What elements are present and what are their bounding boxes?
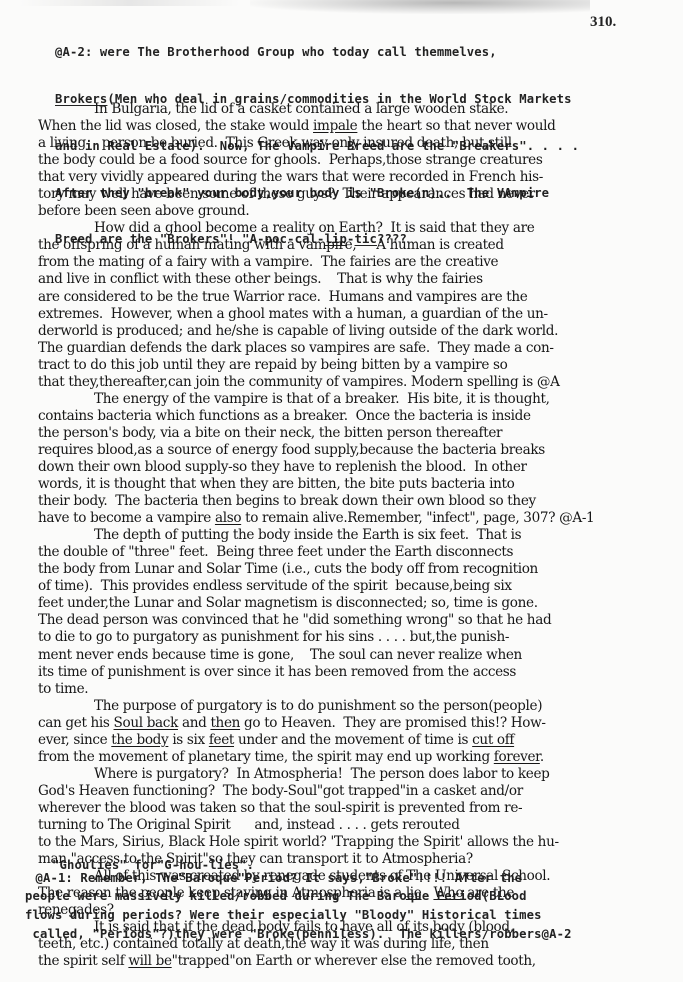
text-segment: turning to The Original Spirit and, inst…	[38, 817, 460, 833]
text-line: and live in conflict with these other be…	[38, 271, 594, 288]
paragraph: The energy of the vampire is that of a b…	[38, 391, 594, 527]
paragraph: Where is purgatory? In Atmospheria! The …	[38, 766, 594, 868]
underlined-text: forever	[494, 749, 540, 765]
text-line: requires blood,as a source of energy foo…	[38, 442, 594, 459]
text-line: The guardian defends the dark places so …	[38, 340, 594, 357]
text-line: before been seen above ground.	[38, 203, 594, 220]
text-segment: from the mating of a fairy with a vampir…	[38, 254, 498, 270]
paragraph: The purpose of purgatory is to do punish…	[38, 698, 594, 766]
scan-smudge	[250, 0, 590, 14]
text-line: In Bulgaria, the lid of a casket contain…	[38, 101, 594, 118]
text-segment: requires blood,as a source of energy foo…	[38, 442, 545, 458]
text-line: their body. The bacteria then begins to …	[38, 493, 594, 510]
text-line: the spirit self will be"trapped"on Earth…	[38, 953, 594, 970]
text-segment: the heart so that never would	[357, 118, 555, 134]
body-text: In Bulgaria, the lid of a casket contain…	[38, 101, 594, 970]
text-line: The purpose of purgatory is to do punish…	[38, 698, 594, 715]
text-segment: The guardian defends the dark places so …	[38, 340, 554, 356]
page-number: 310.	[590, 14, 616, 31]
text-line: to the Mars, Sirius, Black Hole spirit w…	[38, 834, 594, 851]
scan-artifact	[20, 0, 240, 6]
text-segment: their body. The bacteria then begins to …	[38, 493, 536, 509]
text-segment: of time). This provides endless servitud…	[38, 578, 512, 594]
text-segment: tory may well have been some of these gu…	[38, 186, 535, 202]
footnote-annotation: "Ghoulies" for"G-hou-lies". @A-1: Rememb…	[40, 859, 572, 944]
text-segment: and live in conflict with these other be…	[38, 271, 483, 287]
underlined-text: will be	[128, 953, 171, 969]
text-line: How did a ghool become a reality on Eart…	[38, 220, 594, 237]
text-line: tract to do this job until they are repa…	[38, 357, 594, 374]
text-segment: down their own blood supply-so they have…	[38, 459, 527, 475]
text-segment: How did a ghool become a reality on Eart…	[94, 220, 534, 236]
text-line: Where is purgatory? In Atmospheria! The …	[38, 766, 594, 783]
text-segment: that they,thereafter,can join the commun…	[38, 374, 560, 390]
text-segment: In Bulgaria, the lid of a casket contain…	[94, 101, 508, 117]
text-segment: are considered to be the true Warrior ra…	[38, 289, 527, 305]
text-segment: go to Heaven. They are promised this!? H…	[240, 715, 546, 731]
text-line: The dead person was convinced that he "d…	[38, 612, 594, 629]
text-line: a living person be buried. This Greek wa…	[38, 135, 594, 152]
text-line: from the mating of a fairy with a vampir…	[38, 254, 594, 271]
text-segment: the double of "three" feet. Being three …	[38, 544, 513, 560]
text-line: God's Heaven functioning? The body-Soul"…	[38, 783, 594, 800]
text-segment: a living person be buried. This Greek wa…	[38, 135, 512, 151]
text-line: its time of punishment is over since it …	[38, 664, 594, 681]
text-segment: extremes. However, when a ghool mates wi…	[38, 306, 548, 322]
text-segment: feet under,the Lunar and Solar magnetism…	[38, 595, 538, 611]
text-line: When the lid was closed, the stake would…	[38, 118, 594, 135]
paragraph: The depth of putting the body inside the…	[38, 527, 594, 697]
text-segment: wherever the blood was taken so that the…	[38, 800, 522, 816]
footnote-line: "Ghoulies" for"G-hou-lies".	[52, 859, 572, 871]
text-segment: "trapped"on Earth or wherever else the r…	[172, 953, 536, 969]
text-segment: words, it is thought that when they are …	[38, 476, 514, 492]
text-segment: derworld is produced; and he/she is capa…	[38, 323, 558, 339]
text-line: The depth of putting the body inside the…	[38, 527, 594, 544]
text-segment: can get his	[38, 715, 114, 731]
text-segment: before been seen above ground.	[38, 203, 249, 219]
text-line: are considered to be the true Warrior ra…	[38, 289, 594, 306]
text-line: ment never ends because time is gone, Th…	[38, 647, 594, 664]
text-segment: ever, since	[38, 732, 111, 748]
text-segment: The energy of the vampire is that of a b…	[94, 391, 550, 407]
text-line: the double of "three" feet. Being three …	[38, 544, 594, 561]
text-line: down their own blood supply-so they have…	[38, 459, 594, 476]
text-segment: the body from Lunar and Solar Time (i.e.…	[38, 561, 538, 577]
text-line: feet under,the Lunar and Solar magnetism…	[38, 595, 594, 612]
text-line: have to become a vampire also to remain …	[38, 510, 594, 527]
underlined-text: Soul back	[114, 715, 178, 731]
text-line: wherever the blood was taken so that the…	[38, 800, 594, 817]
footnote-line: @A-1: Remember, The"Baroque"Period? It s…	[28, 871, 572, 887]
text-segment: its time of punishment is over since it …	[38, 664, 516, 680]
text-line: that they,thereafter,can join the commun…	[38, 374, 594, 391]
paragraph: How did a ghool become a reality on Eart…	[38, 220, 594, 390]
text-line: words, it is thought that when they are …	[38, 476, 594, 493]
text-segment: The dead person was convinced that he "d…	[38, 612, 551, 628]
text-line: the body from Lunar and Solar Time (i.e.…	[38, 561, 594, 578]
text-segment: to remain alive.Remember, "infect", page…	[241, 510, 594, 526]
text-line: The energy of the vampire is that of a b…	[38, 391, 594, 408]
text-line: ever, since the body is six feet under a…	[38, 732, 594, 749]
text-line: the person's body, via a bite on their n…	[38, 425, 594, 442]
text-segment: God's Heaven functioning? The body-Soul"…	[38, 783, 523, 799]
text-segment: Where is purgatory? In Atmospheria! The …	[94, 766, 550, 782]
text-segment: The depth of putting the body inside the…	[94, 527, 521, 543]
paragraph: In Bulgaria, the lid of a casket contain…	[38, 101, 594, 220]
text-segment: under and the movement of time is	[234, 732, 472, 748]
text-line: can get his Soul back and then go to Hea…	[38, 715, 594, 732]
text-segment: have to become a vampire	[38, 510, 215, 526]
underlined-text: the body	[111, 732, 168, 748]
text-segment: tract to do this job until they are repa…	[38, 357, 508, 373]
text-segment: .	[540, 749, 544, 765]
footnote-line: called, "Periods"?)they were "Broke(penn…	[25, 925, 572, 944]
text-line: that very vividly appeared during the wa…	[38, 169, 594, 186]
text-line: of time). This provides endless servitud…	[38, 578, 594, 595]
text-segment: to time.	[38, 681, 88, 697]
text-segment: and	[178, 715, 210, 731]
text-segment: the person's body, via a bite on their n…	[38, 425, 502, 441]
text-segment: that very vividly appeared during the wa…	[38, 169, 543, 185]
text-line: the body could be a food source for ghoo…	[38, 152, 594, 169]
header-line: @A-2: were The Brotherhood Group who tod…	[55, 45, 579, 61]
text-line: extremes. However, when a ghool mates wi…	[38, 306, 594, 323]
text-line: to die to go to purgatory as punishment …	[38, 629, 594, 646]
text-line: contains bacteria which functions as a b…	[38, 408, 594, 425]
text-segment: to the Mars, Sirius, Black Hole spirit w…	[38, 834, 559, 850]
text-line: turning to The Original Spirit and, inst…	[38, 817, 594, 834]
text-line: the offspring of a human mating with a v…	[38, 237, 594, 254]
text-segment: ment never ends because time is gone, Th…	[38, 647, 522, 663]
footnote-line: people were massively killed/robbed duri…	[25, 887, 572, 906]
underlined-text: cut off	[472, 732, 514, 748]
underlined-text: feet	[209, 732, 234, 748]
text-segment: from the movement of planetary time, the…	[38, 749, 494, 765]
text-segment: The purpose of purgatory is to do punish…	[94, 698, 542, 714]
text-segment: the body could be a food source for ghoo…	[38, 152, 543, 168]
underlined-text: then	[210, 715, 240, 731]
text-line: derworld is produced; and he/she is capa…	[38, 323, 594, 340]
text-segment: contains bacteria which functions as a b…	[38, 408, 531, 424]
text-segment: is six	[168, 732, 208, 748]
text-segment: the spirit self	[38, 953, 128, 969]
text-segment: When the lid was closed, the stake would	[38, 118, 313, 134]
text-line: to time.	[38, 681, 594, 698]
text-line: from the movement of planetary time, the…	[38, 749, 594, 766]
underlined-text: impale	[313, 118, 357, 134]
footnote-line: flows during periods? Were their especia…	[25, 906, 572, 925]
text-segment: the offspring of a human mating with a v…	[38, 237, 504, 253]
text-segment: to die to go to purgatory as punishment …	[38, 629, 509, 645]
text-line: tory may well have been some of these gu…	[38, 186, 594, 203]
underlined-text: also	[215, 510, 241, 526]
